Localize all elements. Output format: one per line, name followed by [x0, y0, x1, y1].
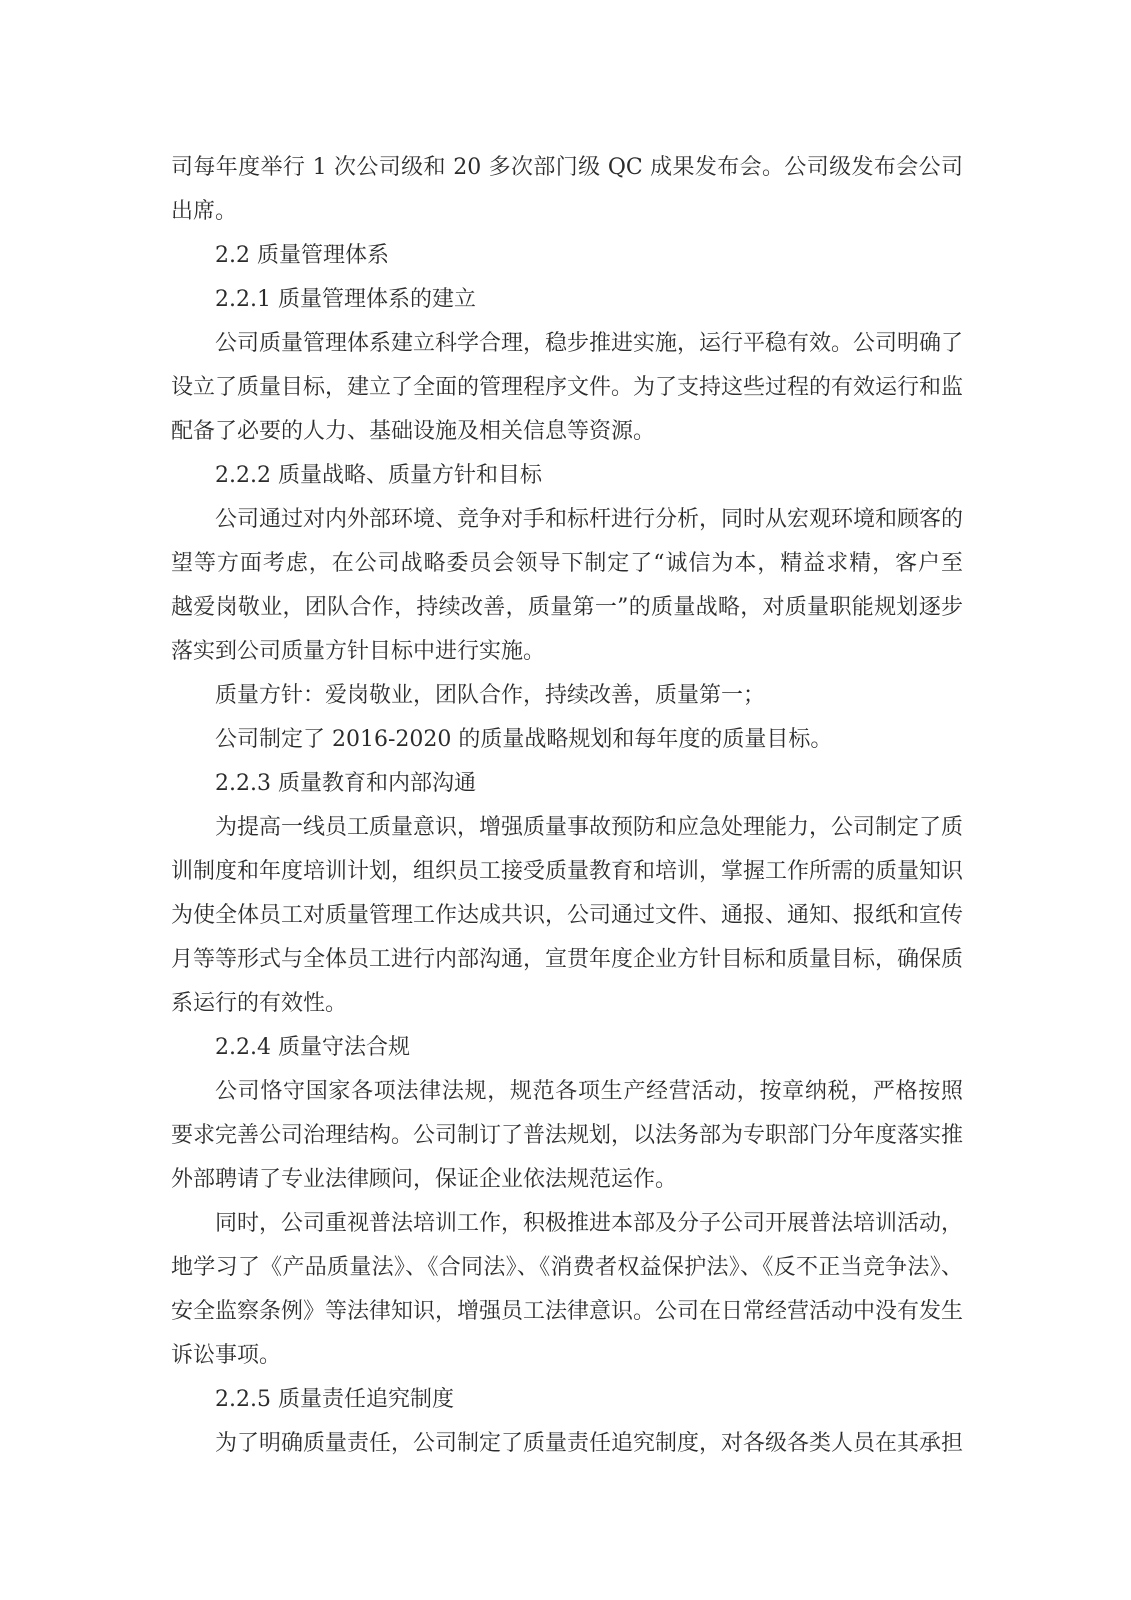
text-line: 设立了质量目标，建立了全面的管理程序文件。为了支持这些过程的有效运行和监视，企业: [171, 366, 963, 410]
text-line: 质量方针：爱岗敬业，团队合作，持续改善，质量第一；: [171, 674, 963, 718]
text-line: 配备了必要的人力、基础设施及相关信息等资源。: [171, 410, 963, 454]
text-line: 2.2.3 质量教育和内部沟通: [171, 762, 963, 806]
document-page: 司每年度举行 1 次公司级和 20 多次部门级 QC 成果发布会。公司级发布会公…: [0, 0, 1131, 1600]
paragraph: 质量方针：爱岗敬业，团队合作，持续改善，质量第一；: [171, 674, 963, 718]
text-line: 安全监察条例》等法律知识，增强员工法律意识。公司在日常经营活动中没有发生重大质量: [171, 1290, 963, 1334]
text-line: 公司恪守国家各项法律法规，规范各项生产经营活动，按章纳税，严格按照《公司法》: [171, 1070, 963, 1114]
text-line: 司每年度举行 1 次公司级和 20 多次部门级 QC 成果发布会。公司级发布会公…: [171, 146, 963, 190]
paragraph: 公司质量管理体系建立科学合理，稳步推进实施，运行平稳有效。公司明确了质量方针，设…: [171, 322, 963, 454]
text-line: 诉讼事项。: [171, 1334, 963, 1378]
text-line: 外部聘请了专业法律顾问，保证企业依法规范运作。: [171, 1158, 963, 1202]
text-line: 为了明确质量责任，公司制定了质量责任追究制度，对各级各类人员在其承担质量责任: [171, 1422, 963, 1466]
text-line: 越爱岗敬业，团队合作，持续改善，质量第一”的质量战略，对质量职能规划逐步细化，并: [171, 586, 963, 630]
paragraph: 司每年度举行 1 次公司级和 20 多次部门级 QC 成果发布会。公司级发布会公…: [171, 146, 963, 234]
text-line: 系运行的有效性。: [171, 982, 963, 1026]
text-line: 望等方面考虑，在公司战略委员会领导下制定了“诚信为本，精益求精，客户至上，追求卓: [171, 542, 963, 586]
text-line: 为使全体员工对质量管理工作达成共识，公司通过文件、通报、通知、报纸和宣传栏、质量: [171, 894, 963, 938]
paragraph: 公司恪守国家各项法律法规，规范各项生产经营活动，按章纳税，严格按照《公司法》要求…: [171, 1070, 963, 1202]
text-line: 公司制定了 2016-2020 的质量战略规划和每年度的质量目标。: [171, 718, 963, 762]
text-line: 2.2 质量管理体系: [171, 234, 963, 278]
text-line: 为提高一线员工质量意识，增强质量事故预防和应急处理能力，公司制定了质量管理培: [171, 806, 963, 850]
paragraph: 为提高一线员工质量意识，增强质量事故预防和应急处理能力，公司制定了质量管理培训制…: [171, 806, 963, 1026]
text-line: 2.2.2 质量战略、质量方针和目标: [171, 454, 963, 498]
text-line: 公司通过对内外部环境、竞争对手和标杆进行分析，同时从宏观环境和顾客的需求及期: [171, 498, 963, 542]
text-line: 2.2.4 质量守法合规: [171, 1026, 963, 1070]
text-line: 2.2.1 质量管理体系的建立: [171, 278, 963, 322]
section-heading: 2.2.4 质量守法合规: [171, 1026, 963, 1070]
section-heading: 2.2.5 质量责任追究制度: [171, 1378, 963, 1422]
document-body: 司每年度举行 1 次公司级和 20 多次部门级 QC 成果发布会。公司级发布会公…: [171, 146, 963, 1466]
section-heading: 2.2.1 质量管理体系的建立: [171, 278, 963, 322]
text-line: 训制度和年度培训计划，组织员工接受质量教育和培训，掌握工作所需的质量知识和技能。: [171, 850, 963, 894]
text-line: 同时，公司重视普法培训工作，积极推进本部及分子公司开展普法培训活动，有针对性: [171, 1202, 963, 1246]
section-heading: 2.2.3 质量教育和内部沟通: [171, 762, 963, 806]
text-line: 2.2.5 质量责任追究制度: [171, 1378, 963, 1422]
paragraph: 公司通过对内外部环境、竞争对手和标杆进行分析，同时从宏观环境和顾客的需求及期望等…: [171, 498, 963, 674]
paragraph: 同时，公司重视普法培训工作，积极推进本部及分子公司开展普法培训活动，有针对性地学…: [171, 1202, 963, 1378]
section-heading: 2.2 质量管理体系: [171, 234, 963, 278]
text-line: 落实到公司质量方针目标中进行实施。: [171, 630, 963, 674]
text-line: 公司质量管理体系建立科学合理，稳步推进实施，运行平稳有效。公司明确了质量方针，: [171, 322, 963, 366]
section-heading: 2.2.2 质量战略、质量方针和目标: [171, 454, 963, 498]
text-line: 出席。: [171, 190, 963, 234]
paragraph: 公司制定了 2016-2020 的质量战略规划和每年度的质量目标。: [171, 718, 963, 762]
text-line: 地学习了《产品质量法》、《合同法》、《消费者权益保护法》、《反不正当竞争法》、《…: [171, 1246, 963, 1290]
text-line: 要求完善公司治理结构。公司制订了普法规划，以法务部为专职部门分年度落实推进，并从: [171, 1114, 963, 1158]
text-line: 月等等形式与全体员工进行内部沟通，宣贯年度企业方针目标和质量目标，确保质量管理体: [171, 938, 963, 982]
paragraph: 为了明确质量责任，公司制定了质量责任追究制度，对各级各类人员在其承担质量责任: [171, 1422, 963, 1466]
